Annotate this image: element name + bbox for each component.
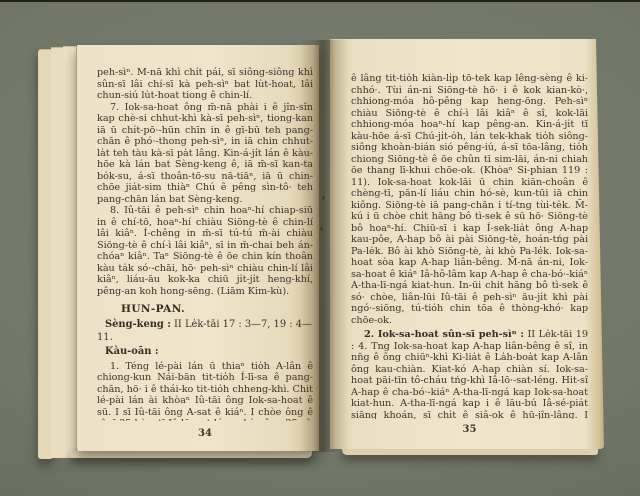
binding-stitch (320, 227, 323, 231)
scripture-line: Sèng-keng : II Le̍k-tāi 17 : 3—7, 19 : 4… (97, 319, 313, 344)
right-page-text-block: ê lâng tit-tio̍h kiàn-li̍p tō-tek kap lê… (351, 73, 588, 419)
paragraph-continued: ê lâng tit-tio̍h kiàn-li̍p tō-tek kap lê… (351, 73, 588, 326)
photo-top-border (0, 0, 640, 2)
paragraph-2-lead: 2. Iok-sa-hoat sûn-sī peh-sìⁿ : (364, 329, 524, 340)
paragraph-2: 2. Iok-sa-hoat sûn-sī peh-sìⁿ : II Le̍k-… (351, 329, 588, 419)
paragraph-7: 7. Iok-sa-hoat ông m̄-nā phài i ê jîn-sî… (97, 102, 313, 206)
book-photo-background: peh-sìⁿ. M̄-nā khì chi̍t pái, sī siông-s… (0, 0, 640, 496)
paragraph-8: 8. Iû-tāi ê peh-sìⁿ chin hoaⁿ-hí chiap-s… (97, 205, 313, 297)
left-page-edge-stack-outer (38, 49, 52, 459)
left-page-edge-stack-inner (63, 46, 77, 458)
page-number-left: 34 (97, 428, 313, 439)
paragraph-2-body: II Le̍k-tāi 19 : 4. Tng Iok-sa-hoat kap … (351, 329, 588, 419)
teacher-label: Kàu-oān : (105, 346, 159, 357)
paragraph-1: 1. Téng lé-pài lán ū thiaⁿ tio̍h A-lân ê… (97, 361, 313, 422)
left-under-page-edge (70, 450, 312, 458)
teacher-line: Kàu-oān : (97, 346, 313, 359)
scripture-label: Sèng-keng : (105, 319, 171, 330)
binding-stitch (322, 196, 325, 200)
right-page: ê lâng tit-tio̍h kiàn-li̍p tō-tek kap lê… (330, 39, 604, 449)
section-heading-hun-pan: HUN-PAN. (121, 303, 313, 315)
left-page-text-block: peh-sìⁿ. M̄-nā khì chi̍t pái, sī siông-s… (97, 67, 313, 421)
paragraph-continued: peh-sìⁿ. M̄-nā khì chi̍t pái, sī siông-s… (97, 67, 313, 102)
page-number-right: 35 (351, 424, 588, 435)
left-page: peh-sìⁿ. M̄-nā khì chi̍t pái, sī siông-s… (76, 45, 319, 451)
